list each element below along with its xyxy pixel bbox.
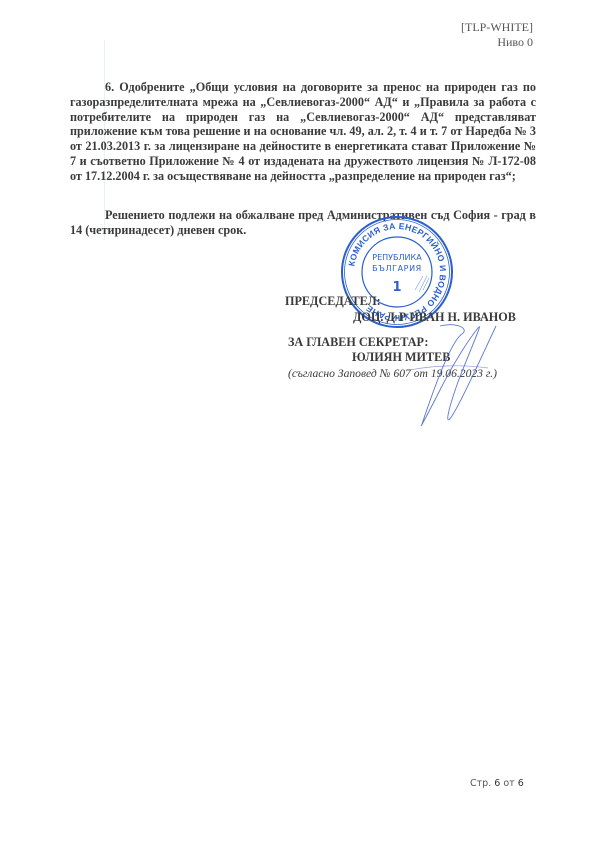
paragraph-6-text: 6. Одобрените „Общи условия на договорит… — [70, 80, 536, 183]
page-footer: Стр. 6 от 6 — [470, 778, 524, 789]
handwritten-signature-icon — [400, 320, 520, 430]
page-prefix: Стр. — [470, 778, 491, 789]
stamp-number: 1 — [392, 280, 401, 295]
document-header: [TLP-WHITE] Ниво 0 — [461, 20, 533, 50]
document-page: [TLP-WHITE] Ниво 0 6. Одобрените „Общи у… — [0, 0, 597, 843]
stamp-line-2: БЪЛГАРИЯ — [372, 264, 422, 273]
paragraph-6: 6. Одобрените „Общи условия на договорит… — [70, 80, 536, 184]
current-page: 6 — [494, 778, 500, 789]
chair-title: ПРЕДСЕДАТЕЛ: — [285, 294, 381, 309]
tlp-classification: [TLP-WHITE] — [461, 20, 533, 35]
stamp-line-1: РЕПУБЛИКА — [372, 253, 422, 262]
appeal-paragraph: Решението подлежи на обжалване пред Адми… — [70, 208, 536, 238]
page-separator: от — [503, 778, 514, 789]
appeal-text: Решението подлежи на обжалване пред Адми… — [70, 208, 536, 237]
total-pages: 6 — [518, 778, 524, 789]
security-level: Ниво 0 — [461, 35, 533, 50]
